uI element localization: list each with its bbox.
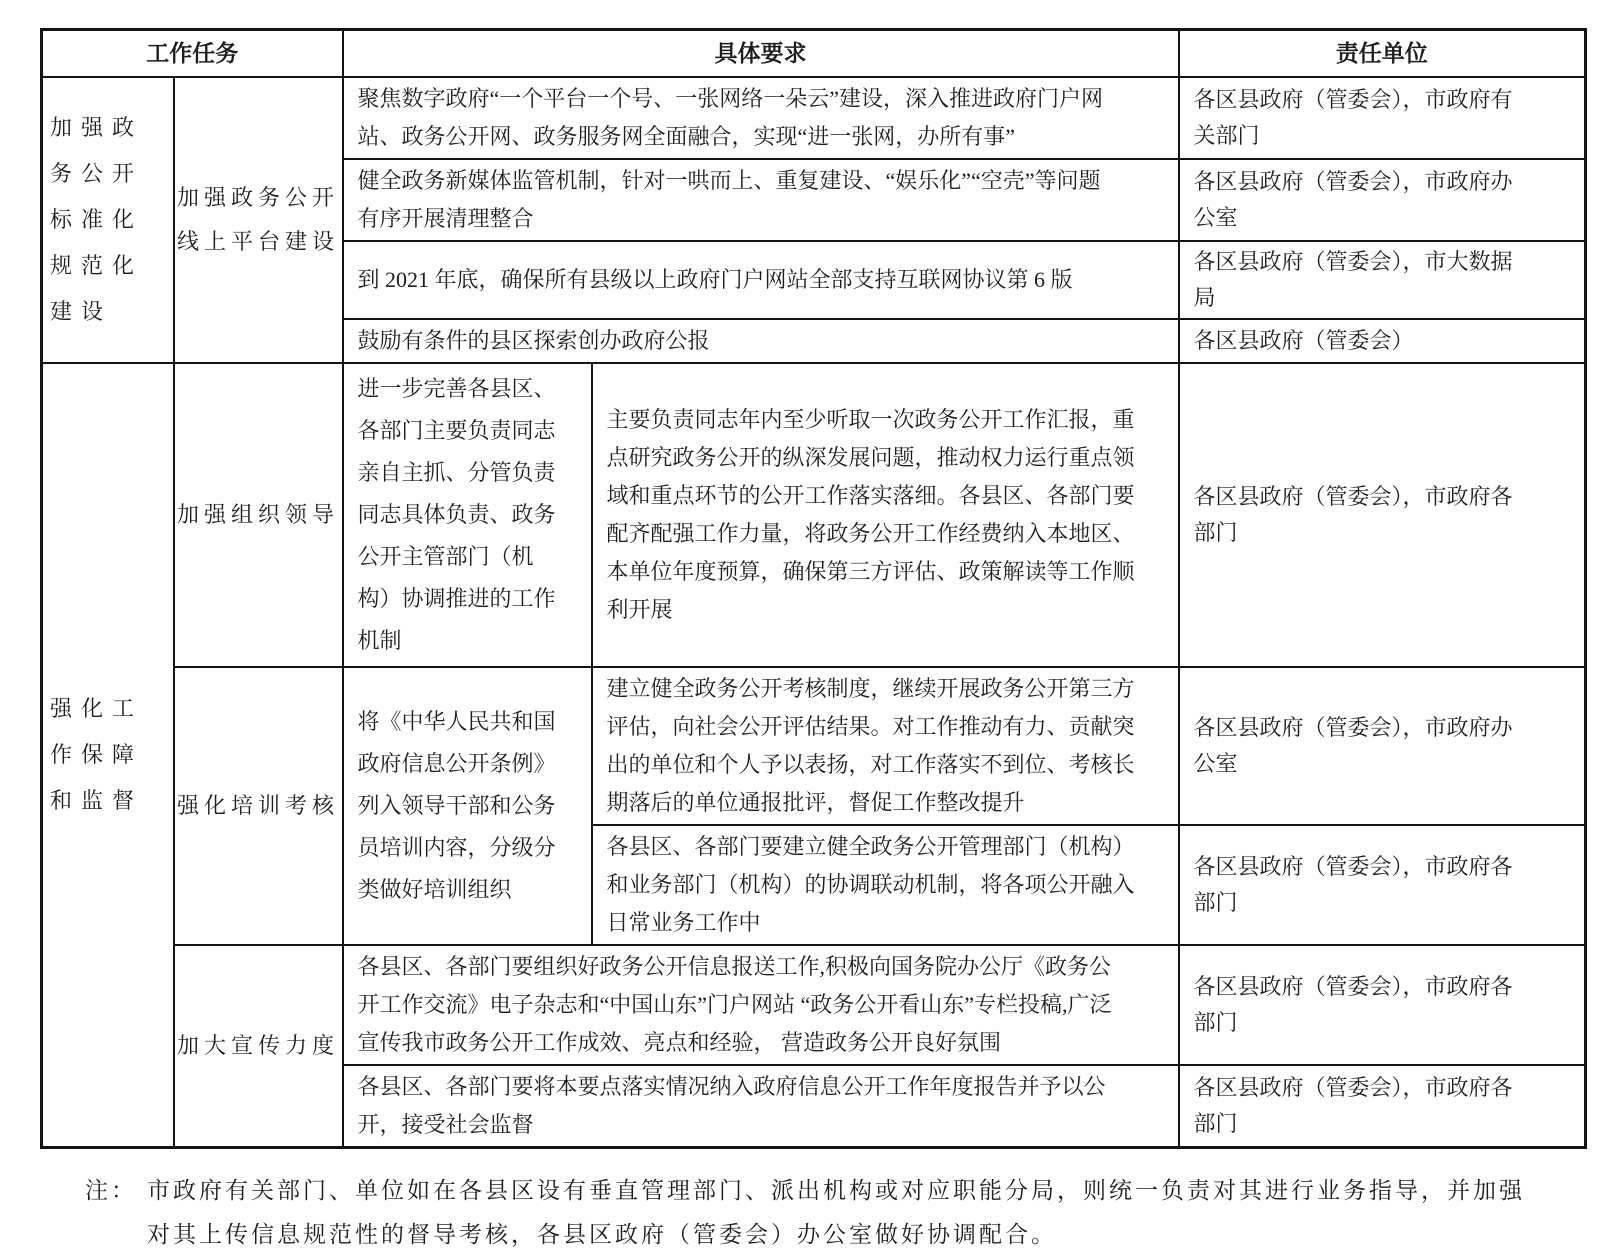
cell-requirement: 各县区、各部门要将本要点落实情况纳入政府信息公开工作年度报告并予以公开，接受社会… — [343, 1065, 1179, 1148]
footnote-text: 市政府有关部门、单位如在各县区设有垂直管理部门、派出机构或对应职能分局，则统一负… — [147, 1178, 1525, 1247]
cell-requirement-right: 主要负责同志年内至少听取一次政务公开工作汇报，重点研究政务公开的纵深发展问题，推… — [592, 363, 1179, 667]
cell-unit: 各区县政府（管委会），市政府各部门 — [1179, 1065, 1586, 1148]
cell-unit: 各区县政府（管委会），市政府办公室 — [1179, 159, 1586, 241]
cell-requirement: 健全政务新媒体监管机制，针对一哄而上、重复建设、“娱乐化”“空壳”等问题有序开展… — [343, 159, 1179, 241]
footnote-label: 注： — [85, 1178, 137, 1203]
header-requirement: 具体要求 — [343, 30, 1179, 77]
cell-section1-task: 加强政务公开标准化规范化建设 — [42, 77, 174, 363]
work-plan-table: 工作任务 具体要求 责任单位 加强政务公开标准化规范化建设 加强政务公开线上平台… — [40, 28, 1587, 1149]
cell-subtask-publicity: 加大宣传力度 — [174, 945, 343, 1148]
cell-requirement: 聚焦数字政府“一个平台一个号、一张网络一朵云”建设，深入推进政府门户网站、政务公… — [343, 77, 1179, 159]
cell-requirement: 鼓励有条件的县区探索创办政府公报 — [343, 319, 1179, 363]
cell-unit: 各区县政府（管委会），市政府各部门 — [1179, 945, 1586, 1065]
cell-unit: 各区县政府（管委会），市大数据局 — [1179, 241, 1586, 319]
table-row: 强化工作保障和监督 加强组织领导 进一步完善各县区、各部门主要负责同志亲自主抓、… — [42, 363, 1586, 667]
header-unit: 责任单位 — [1179, 30, 1586, 77]
cell-unit: 各区县政府（管委会），市政府各部门 — [1179, 825, 1586, 945]
header-task: 工作任务 — [42, 30, 343, 77]
cell-requirement-left: 进一步完善各县区、各部门主要负责同志亲自主抓、分管负责同志具体负责、政务公开主管… — [343, 363, 592, 667]
cell-unit: 各区县政府（管委会），市政府各部门 — [1179, 363, 1586, 667]
footnote: 注：市政府有关部门、单位如在各县区设有垂直管理部门、派出机构或对应职能分局，则统… — [85, 1169, 1547, 1257]
table-header-row: 工作任务 具体要求 责任单位 — [42, 30, 1586, 77]
cell-subtask-org: 加强组织领导 — [174, 363, 343, 667]
cell-section1-subtask: 加强政务公开线上平台建设 — [174, 77, 343, 363]
cell-requirement-right: 建立健全政务公开考核制度，继续开展政务公开第三方评估，向社会公开评估结果。对工作… — [592, 667, 1179, 825]
table-row: 加强政务公开标准化规范化建设 加强政务公开线上平台建设 聚焦数字政府“一个平台一… — [42, 77, 1586, 159]
cell-unit: 各区县政府（管委会），市政府办公室 — [1179, 667, 1586, 825]
table-row: 强化培训考核 将《中华人民共和国政府信息公开条例》列入领导干部和公务员培训内容，… — [42, 667, 1586, 825]
cell-requirement-right: 各县区、各部门要建立健全政务公开管理部门（机构）和业务部门（机构）的协调联动机制… — [592, 825, 1179, 945]
cell-section2-task: 强化工作保障和监督 — [42, 363, 174, 1148]
cell-requirement: 各县区、各部门要组织好政务公开信息报送工作,积极向国务院办公厅《政务公开工作交流… — [343, 945, 1179, 1065]
cell-unit: 各区县政府（管委会） — [1179, 319, 1586, 363]
cell-requirement-left: 将《中华人民共和国政府信息公开条例》列入领导干部和公务员培训内容，分级分类做好培… — [343, 667, 592, 945]
document-page: 工作任务 具体要求 责任单位 加强政务公开标准化规范化建设 加强政务公开线上平台… — [0, 0, 1624, 1155]
cell-subtask-training: 强化培训考核 — [174, 667, 343, 945]
table-row: 加大宣传力度 各县区、各部门要组织好政务公开信息报送工作,积极向国务院办公厅《政… — [42, 945, 1586, 1065]
cell-unit: 各区县政府（管委会），市政府有关部门 — [1179, 77, 1586, 159]
cell-requirement: 到 2021 年底，确保所有县级以上政府门户网站全部支持互联网协议第 6 版 — [343, 241, 1179, 319]
